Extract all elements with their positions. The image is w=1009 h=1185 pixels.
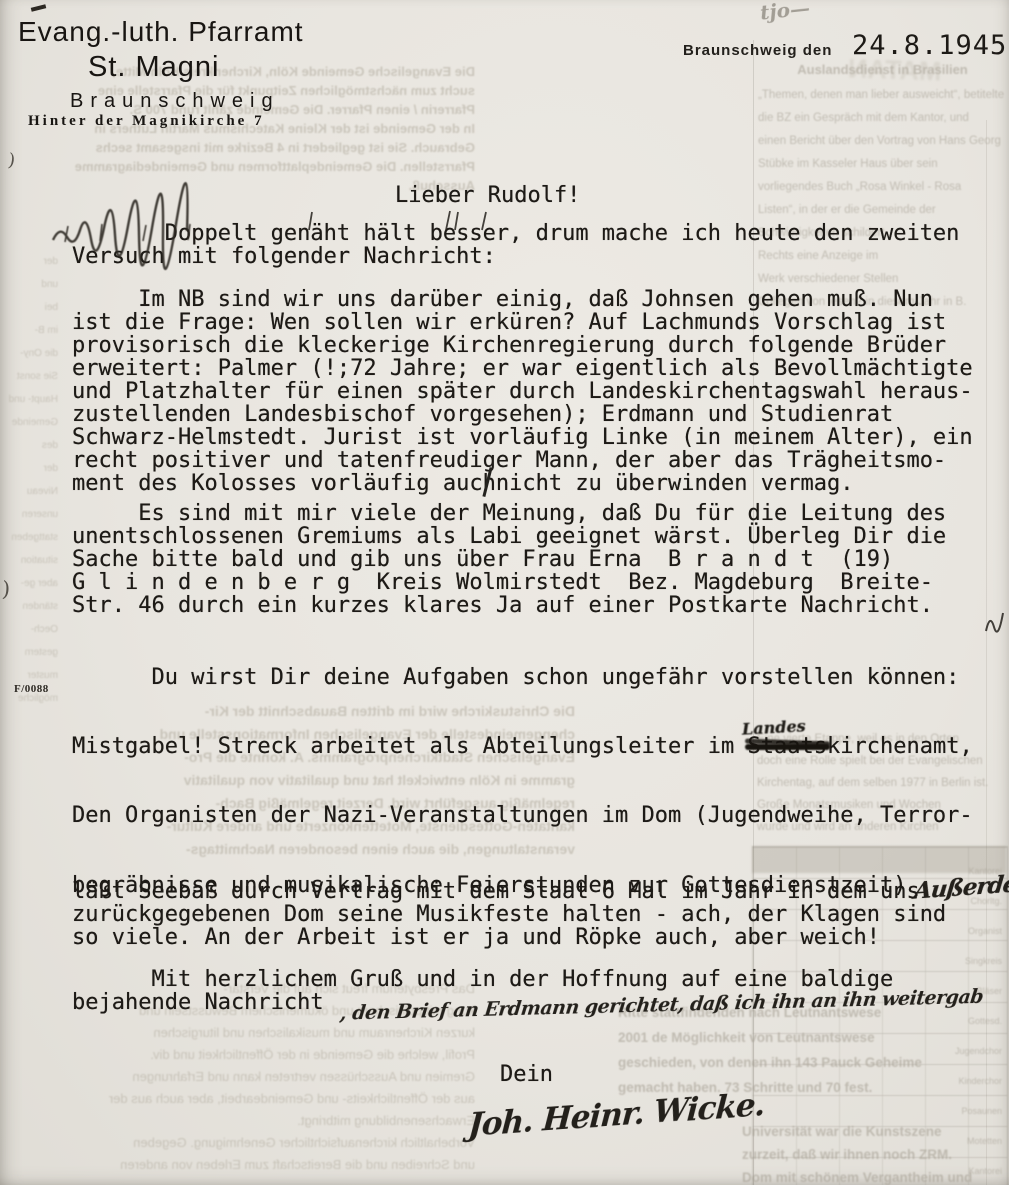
paragraph-2: Im NB sind wir uns darüber einig, daß Jo… <box>72 288 973 495</box>
archive-code: F/0088 <box>14 683 49 695</box>
handwritten-correction: Landes <box>741 718 805 737</box>
paragraph-4-line-2: Mistgabel! Streck arbeitet als Abteilung… <box>72 735 1009 758</box>
paragraph-5: läßt Seebaß durch Vertrag mit dem Staat … <box>72 880 946 949</box>
margin-paren-mark-1: ) <box>7 152 16 171</box>
letterhead-parish: St. Magni <box>88 51 220 84</box>
struck-word: StaatsLandes <box>748 735 827 758</box>
dateline-place: Braunschweig den <box>683 42 832 60</box>
pencil-mark: tjo— <box>759 0 811 23</box>
paragraph-4-line-3: Den Organisten der Nazi-Veranstaltungen … <box>72 804 1009 827</box>
letterhead-city: Braunschweig <box>70 90 280 113</box>
salutation: Lieber Rudolf! <box>395 184 580 207</box>
handwritten-smudge-left-margin <box>50 218 225 252</box>
letterhead-office: Evang.-luth. Pfarramt <box>18 16 304 48</box>
dateline-date: 24.8.1945 <box>852 31 1007 61</box>
bleedthrough-top-right: „Themen, denen man lieber ausweicht“, be… <box>758 84 1003 314</box>
margin-paren-mark-2: ) <box>1 580 10 599</box>
paragraph-4-line-2-post: kirchenamt, <box>827 734 973 759</box>
signature: Joh. Heinr. Wicke. <box>467 1088 765 1143</box>
paragraph-4-line-2-pre: Mistgabel! Streck arbeitet als Abteilung… <box>72 734 748 759</box>
scanned-letter-page: Die Evangelische Gemeinde Köln, Kirchenk… <box>0 0 1009 1185</box>
letterhead-street: Hinter der Magnikirche 7 <box>28 113 265 130</box>
handwritten-ticks-over-genaeht <box>300 210 515 232</box>
paragraph-3: Es sind mit mir viele der Meinung, daß D… <box>72 502 946 617</box>
valediction: Dein <box>500 1063 553 1086</box>
handwritten-mark-after-koennen <box>982 607 1008 635</box>
bleedthrough-left-margin: der und bei im B- die Ony- Sie sonst Hau… <box>0 250 58 710</box>
corner-ink-mark <box>31 4 47 12</box>
paragraph-4-line-1: Du wirst Dir deine Aufgaben schon ungefä… <box>72 666 1009 689</box>
